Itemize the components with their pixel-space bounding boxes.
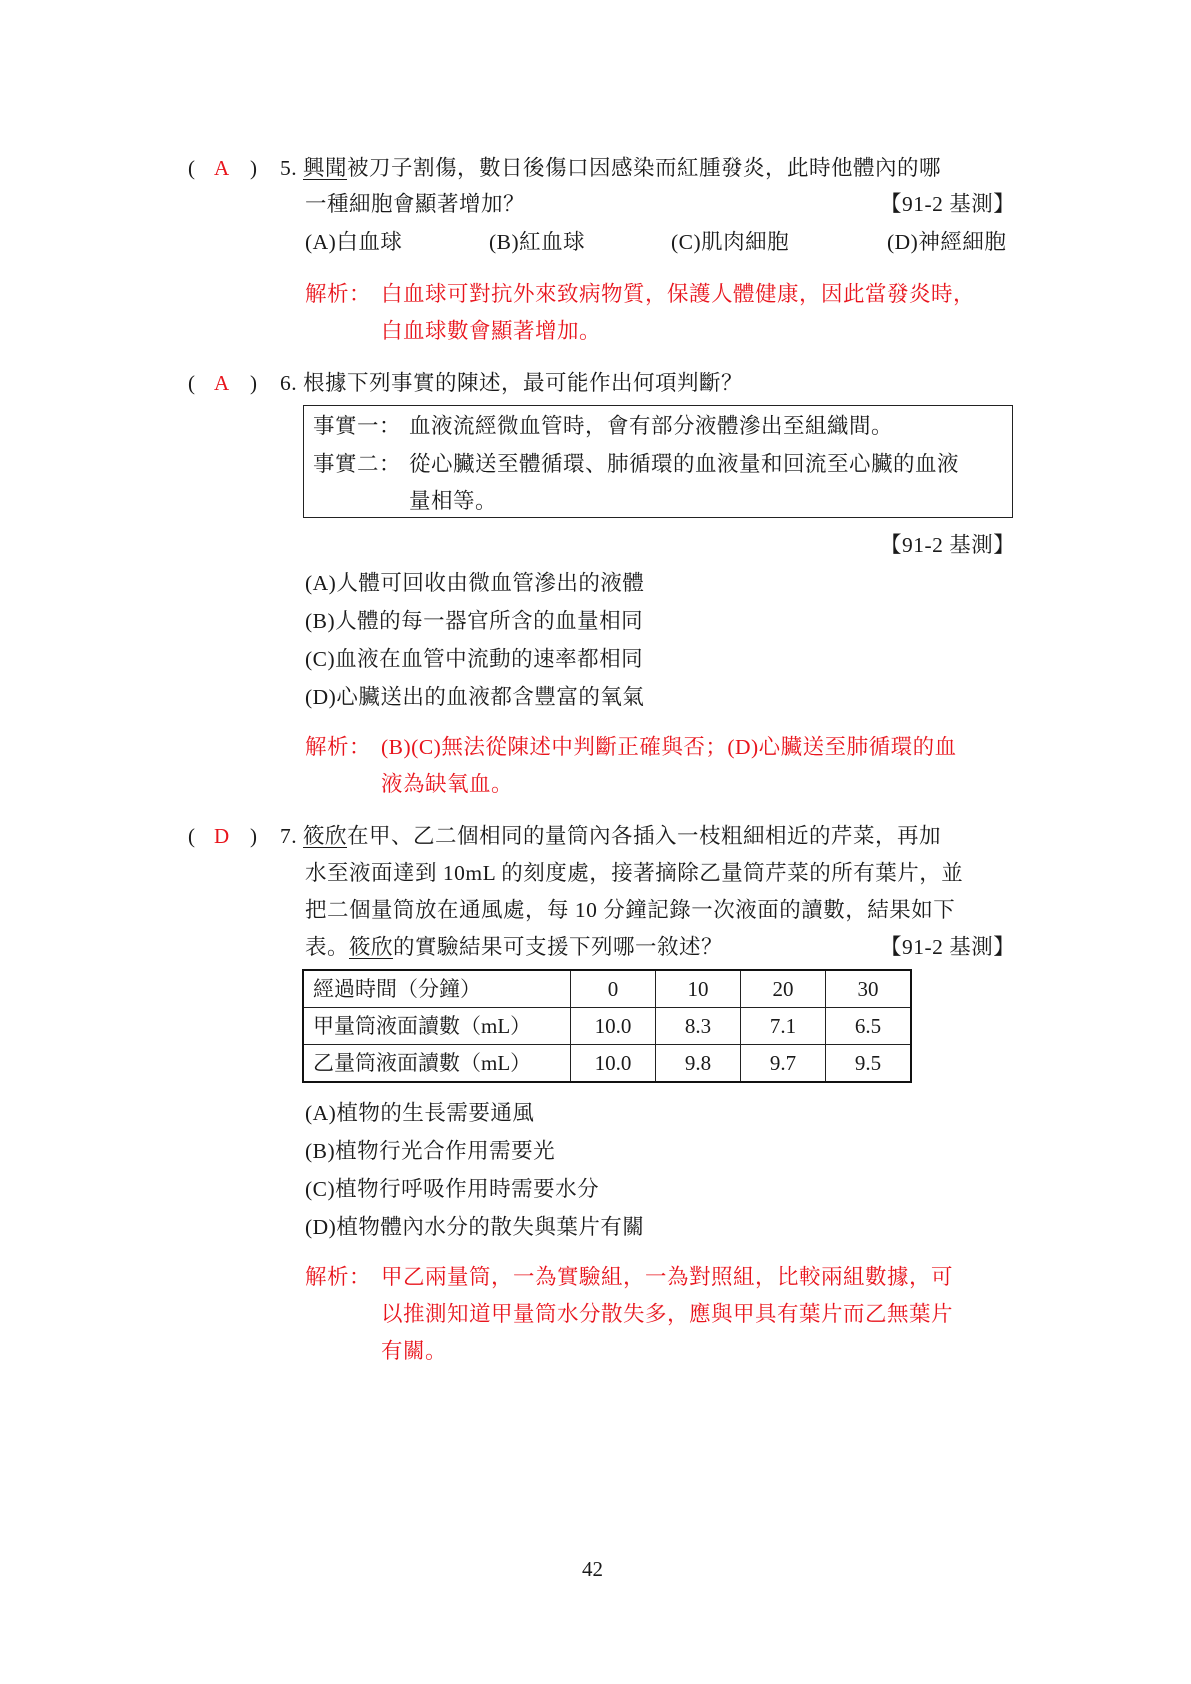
option-a: (A)人體可回收由微血管滲出的液體 xyxy=(305,569,644,597)
answer-paren-open: ( xyxy=(188,369,195,397)
answer-paren-close: ) xyxy=(250,369,257,397)
answer-letter: D xyxy=(214,822,229,850)
answer-paren-open: ( xyxy=(188,154,195,182)
question-stem-line: 7. 筱欣在甲、乙二個相同的量筒內各插入一枝粗細相近的芹菜，再加 xyxy=(280,822,941,850)
answer-paren-open: ( xyxy=(188,822,195,850)
option-d: (D)心臟送出的血液都含豐富的氧氣 xyxy=(305,683,644,711)
question-stem-line: 6. 根據下列事實的陳述，最可能作出何項判斷？ xyxy=(280,369,743,397)
table-cell: 經過時間（分鐘） xyxy=(303,970,571,1008)
table-cell: 乙量筒液面讀數（mL） xyxy=(303,1045,571,1083)
table-row: 甲量筒液面讀數（mL） 10.0 8.3 7.1 6.5 xyxy=(303,1008,911,1045)
table-cell: 20 xyxy=(741,970,826,1008)
table-cell: 9.8 xyxy=(656,1045,741,1083)
fact-label: 事實一： xyxy=(313,412,401,440)
question-stem-line: 水至液面達到 10mL 的刻度處，接著摘除乙量筒芹菜的所有葉片，並 xyxy=(305,859,963,887)
option-a: (A)植物的生長需要通風 xyxy=(305,1099,534,1127)
table-cell: 10.0 xyxy=(571,1008,656,1045)
explanation-line: 白血球可對抗外來致病物質，保護人體健康，因此當發炎時， xyxy=(381,280,975,308)
table-header-row: 經過時間（分鐘） 0 10 20 30 xyxy=(303,970,911,1008)
fact-label: 事實二： xyxy=(313,450,401,478)
option-b: (B)紅血球 xyxy=(489,228,585,256)
table-cell: 甲量筒液面讀數（mL） xyxy=(303,1008,571,1045)
source-tag: 【91-2 基測】 xyxy=(880,933,1015,961)
fact-text: 從心臟送至體循環、肺循環的血液量和回流至心臟的血液 xyxy=(409,450,959,478)
answer-letter: A xyxy=(214,369,229,397)
stem-text: 在甲、乙二個相同的量筒內各插入一枝粗細相近的芹菜，再加 xyxy=(347,824,941,848)
explanation-label: 解析： xyxy=(305,733,371,761)
question-stem-line: 一種細胞會顯著增加？ xyxy=(305,190,525,218)
stem-text: 表。 xyxy=(305,935,349,959)
page-number: 42 xyxy=(582,1555,603,1583)
explanation-line: 白血球數會顯著增加。 xyxy=(381,317,601,345)
source-tag: 【91-2 基測】 xyxy=(880,531,1015,559)
option-c: (C)植物行呼吸作用時需要水分 xyxy=(305,1175,599,1203)
source-tag: 【91-2 基測】 xyxy=(880,190,1015,218)
explanation-line: (B)(C)無法從陳述中判斷正確與否；(D)心臟送至肺循環的血 xyxy=(381,733,957,761)
table-cell: 6.5 xyxy=(826,1008,912,1045)
option-d: (D)植物體內水分的散失與葉片有關 xyxy=(305,1213,644,1241)
explanation-line: 液為缺氧血。 xyxy=(381,770,513,798)
explanation-label: 解析： xyxy=(305,1263,371,1291)
table-cell: 30 xyxy=(826,970,912,1008)
stem-text: 被刀子割傷，數日後傷口因感染而紅腫發炎，此時他體內的哪 xyxy=(347,156,941,180)
option-c: (C)血液在血管中流動的速率都相同 xyxy=(305,645,643,673)
table-cell: 10.0 xyxy=(571,1045,656,1083)
table-cell: 9.7 xyxy=(741,1045,826,1083)
question-stem-line: 表。筱欣的實驗結果可支援下列哪一敘述？ xyxy=(305,933,723,961)
explanation-line: 有關。 xyxy=(381,1337,447,1365)
person-name: 筱欣 xyxy=(303,824,347,848)
answer-letter: A xyxy=(214,154,229,182)
stem-text: 的實驗結果可支援下列哪一敘述？ xyxy=(393,935,723,959)
answer-paren-close: ) xyxy=(250,822,257,850)
results-table: 經過時間（分鐘） 0 10 20 30 甲量筒液面讀數（mL） 10.0 8.3… xyxy=(302,969,912,1083)
table-cell: 8.3 xyxy=(656,1008,741,1045)
fact-text: 血液流經微血管時，會有部分液體滲出至組織間。 xyxy=(409,412,893,440)
question-number: 6. xyxy=(280,371,297,395)
table-cell: 0 xyxy=(571,970,656,1008)
person-name: 興聞 xyxy=(303,156,347,180)
table-cell: 10 xyxy=(656,970,741,1008)
question-stem-line: 5. 興聞被刀子割傷，數日後傷口因感染而紅腫發炎，此時他體內的哪 xyxy=(280,154,941,182)
table-cell: 9.5 xyxy=(826,1045,912,1083)
question-stem-line: 把二個量筒放在通風處，每 10 分鐘記錄一次液面的讀數，結果如下 xyxy=(305,896,955,924)
person-name: 筱欣 xyxy=(349,935,393,959)
option-b: (B)植物行光合作用需要光 xyxy=(305,1137,555,1165)
question-number: 7. xyxy=(280,824,297,848)
option-b: (B)人體的每一器官所含的血量相同 xyxy=(305,607,643,635)
option-d: (D)神經細胞 xyxy=(887,228,1006,256)
option-a: (A)白血球 xyxy=(305,228,402,256)
explanation-label: 解析： xyxy=(305,280,371,308)
question-number: 5. xyxy=(280,156,297,180)
answer-paren-close: ) xyxy=(250,154,257,182)
table-row: 乙量筒液面讀數（mL） 10.0 9.8 9.7 9.5 xyxy=(303,1045,911,1083)
explanation-line: 甲乙兩量筒，一為實驗組，一為對照組，比較兩組數據，可 xyxy=(381,1263,953,1291)
fact-text: 量相等。 xyxy=(409,487,497,515)
table-cell: 7.1 xyxy=(741,1008,826,1045)
option-c: (C)肌肉細胞 xyxy=(671,228,789,256)
explanation-line: 以推測知道甲量筒水分散失多，應與甲具有葉片而乙無葉片 xyxy=(381,1300,953,1328)
stem-text: 根據下列事實的陳述，最可能作出何項判斷？ xyxy=(303,371,743,395)
